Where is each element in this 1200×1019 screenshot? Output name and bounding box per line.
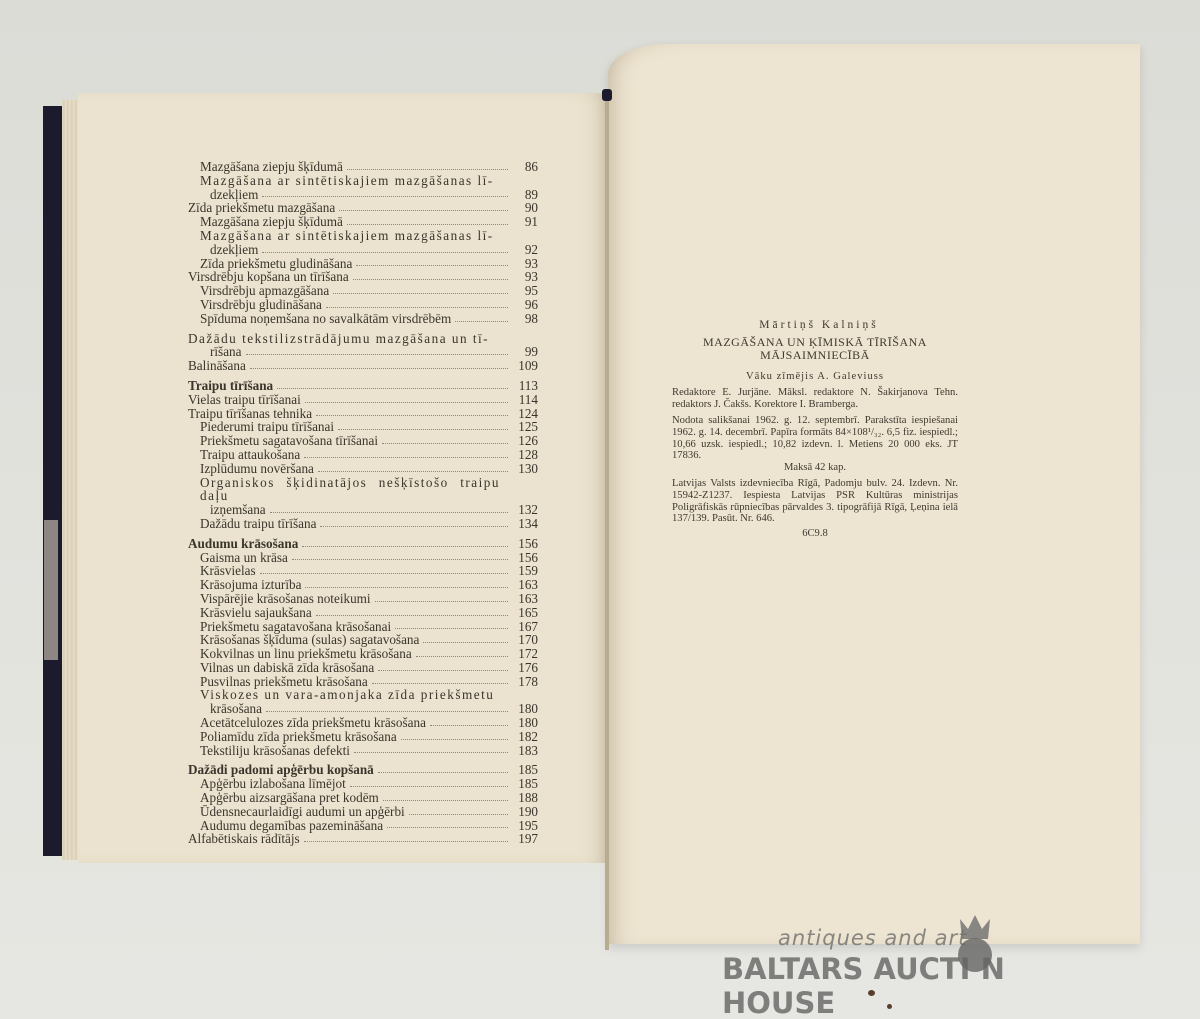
dot-leader	[262, 196, 508, 197]
toc-entry-title: Poliamīdu zīda priekšmetu krāsošana	[200, 730, 401, 744]
toc-entry: dzekļiem92	[188, 243, 538, 257]
toc-entry: Traipu tīrīšana113	[188, 379, 538, 393]
cover-artist: Vāku zīmējis A. Galeviuss	[672, 371, 958, 383]
dot-leader	[302, 546, 508, 547]
toc-entry: Priekšmetu sagatavošana tīrīšanai126	[188, 434, 538, 448]
dot-leader	[338, 429, 508, 430]
toc-entry: Virsdrēbju gludināšana96	[188, 298, 538, 312]
toc-entry-title: Traipu tīrīšanas tehnika	[188, 407, 316, 421]
dot-leader	[350, 786, 508, 787]
dot-leader	[401, 739, 508, 740]
dot-leader	[383, 800, 508, 801]
dot-leader	[270, 512, 508, 513]
toc-entry: Izplūdumu novēršana130	[188, 462, 538, 476]
toc-entry-page: 163	[508, 578, 538, 592]
dot-leader	[326, 307, 508, 308]
dot-leader	[347, 169, 508, 170]
toc-entry-page: 130	[508, 462, 538, 476]
toc-entry-page: 188	[508, 791, 538, 805]
toc-entry-page: 197	[508, 832, 538, 846]
toc-entry-title: Pusvilnas priekšmetu krāsošana	[200, 675, 372, 689]
toc-entry-title: Vilnas un dabiskā zīda krāsošana	[200, 661, 378, 675]
dot-leader	[395, 628, 508, 629]
dot-leader	[305, 587, 508, 588]
toc-entry-page: 95	[508, 284, 538, 298]
toc-entry-page: 190	[508, 805, 538, 819]
toc-entry: Kokvilnas un linu priekšmetu krāsošana17…	[188, 647, 538, 661]
toc-entry-title: Krāsvielu sajaukšana	[200, 606, 316, 620]
toc-entry: Mazgāšana ar sintētiskajiem mazgāšanas l…	[188, 229, 538, 243]
editors: Redaktore E. Jurjāne. Māksl. redaktore N…	[672, 387, 958, 410]
toc-entry-page: 93	[508, 270, 538, 284]
toc-entry: Acetātcelulozes zīda priekšmetu krāsošan…	[188, 716, 538, 730]
toc-entry: Priekšmetu sagatavošana krāsošanai167	[188, 620, 538, 634]
toc-entry-page: 89	[508, 188, 538, 202]
toc-entry-title: Virsdrēbju apmazgāšana	[200, 284, 333, 298]
toc-entry-title: Krāsojuma izturība	[200, 578, 305, 592]
dot-leader	[260, 573, 508, 574]
dot-leader	[409, 814, 508, 815]
toc-entry-title: Acetātcelulozes zīda priekšmetu krāsošan…	[200, 716, 430, 730]
dot-leader	[305, 402, 508, 403]
toc-entry-title: Audumu degamības pazemināšana	[200, 819, 387, 833]
toc-entry-title: Mazgāšana ar sintētiskajiem mazgāšanas l…	[200, 229, 504, 243]
toc-entry-page: 92	[508, 243, 538, 257]
watermark-tagline: antiques and art	[778, 926, 967, 950]
toc-entry-page: 86	[508, 160, 538, 174]
toc-entry-title: Zīda priekšmetu gludināšana	[200, 257, 356, 271]
dot-leader	[316, 415, 508, 416]
toc-entry: dzekļiem89	[188, 188, 538, 202]
toc-entry: Spīduma noņemšana no savalkātām virsdrēb…	[188, 312, 538, 326]
toc-entry-page: 98	[508, 312, 538, 326]
dot-leader	[250, 368, 508, 369]
dot-leader	[318, 471, 508, 472]
toc-entry: Mazgāšana ziepju šķīdumā86	[188, 160, 538, 174]
toc-entry: Krāsošanas šķīduma (sulas) sagatavošana1…	[188, 633, 538, 647]
toc-entry-page: 126	[508, 434, 538, 448]
toc-entry: Virsdrēbju kopšana un tīrīšana93	[188, 270, 538, 284]
toc-entry: Balināšana109	[188, 359, 538, 373]
dot-leader	[430, 725, 508, 726]
toc-entry-title: Audumu krāsošana	[188, 537, 302, 551]
toc-entry: Krāsvielu sajaukšana165	[188, 606, 538, 620]
toc-entry-page: 125	[508, 420, 538, 434]
toc-entry: Mazgāšana ar sintētiskajiem mazgāšanas l…	[188, 174, 538, 188]
dot-leader	[353, 279, 508, 280]
toc-entry-title: Dažādu tekstilizstrādājumu mazgāšana un …	[188, 332, 504, 346]
toc-entry-page: 124	[508, 407, 538, 421]
toc-entry-title: dzekļiem	[210, 188, 262, 202]
toc-entry-title: Apģērbu aizsargāšana pret kodēm	[200, 791, 383, 805]
toc-entry-title: Izplūdumu novēršana	[200, 462, 318, 476]
toc-entry-page: 185	[508, 777, 538, 791]
toc-entry-page: 114	[508, 393, 538, 407]
toc-entry-title: Kokvilnas un linu priekšmetu krāsošana	[200, 647, 416, 661]
watermark-name: BALTARS AUCTI N HOUSE	[722, 952, 1122, 1019]
price: Maksā 42 kap.	[672, 462, 958, 474]
toc-entry: Audumu krāsošana156	[188, 537, 538, 551]
toc-entry: Zīda priekšmetu mazgāšana90	[188, 201, 538, 215]
author-name: Mārtiņš Kalniņš	[680, 320, 958, 332]
toc-entry-page: 163	[508, 592, 538, 606]
toc-entry: Apģērbu aizsargāšana pret kodēm188	[188, 791, 538, 805]
toc-entry-title: Traipu attaukošana	[200, 448, 304, 462]
toc-entry-page: 109	[508, 359, 538, 373]
toc-entry-page: 132	[508, 503, 538, 517]
book-title-line2: MĀJSAIMNIECĪBĀ	[672, 349, 958, 362]
toc-entry-title: Krāsvielas	[200, 564, 260, 578]
dot-leader	[378, 772, 508, 773]
toc-entry-title: Krāsošanas šķīduma (sulas) sagatavošana	[200, 633, 423, 647]
toc-entry: Audumu degamības pazemināšana195	[188, 819, 538, 833]
classification-code: 6C9.8	[672, 528, 958, 540]
toc-entry-page: 113	[508, 379, 538, 393]
toc-entry-title: Ūdensnecaurlaidīgi audumi un apģērbi	[200, 805, 409, 819]
toc-entry-page: 180	[508, 716, 538, 730]
toc-entry-page: 134	[508, 517, 538, 531]
toc-entry-page: 176	[508, 661, 538, 675]
toc-entry: rīšana99	[188, 345, 538, 359]
toc-entry: Vielas traipu tīrīšanai114	[188, 393, 538, 407]
dot-leader	[304, 457, 508, 458]
toc-entry: Traipu attaukošana128	[188, 448, 538, 462]
toc-entry: Traipu tīrīšanas tehnika124	[188, 407, 538, 421]
dot-leader	[372, 683, 508, 684]
toc-entry-title: Mazgāšana ziepju šķīdumā	[200, 215, 347, 229]
toc-entry: Dažādi padomi apģērbu kopšanā185	[188, 763, 538, 777]
book-gutter	[605, 90, 609, 950]
dot-leader	[356, 265, 508, 266]
toc-entry-title: Vielas traipu tīrīšanai	[188, 393, 305, 407]
dot-leader	[387, 827, 508, 828]
dot-leader	[378, 670, 508, 671]
toc-entry: Alfabētiskais rādītājs197	[188, 832, 538, 846]
colophon: Mārtiņš Kalniņš MAZGĀŠANA UN ĶĪMISKĀ TĪR…	[672, 320, 958, 539]
toc-entry-page: 99	[508, 345, 538, 359]
toc-entry-title: krāsošana	[210, 702, 266, 716]
toc-entry: Piederumi traipu tīrīšanai125	[188, 420, 538, 434]
toc-entry-title: Priekšmetu sagatavošana krāsošanai	[200, 620, 395, 634]
dot-leader	[304, 841, 508, 842]
dot-leader	[347, 224, 508, 225]
toc-entry: Apģērbu izlabošana līmējot185	[188, 777, 538, 791]
toc-entry-page: 185	[508, 763, 538, 777]
toc-entry-page: 128	[508, 448, 538, 462]
dot-leader	[277, 388, 508, 389]
toc-entry: Krāsojuma izturība163	[188, 578, 538, 592]
toc-entry: Virsdrēbju apmazgāšana95	[188, 284, 538, 298]
dot-leader	[382, 443, 508, 444]
toc-entry-page: 93	[508, 257, 538, 271]
crown-icon	[958, 912, 992, 978]
toc-entry-page: 91	[508, 215, 538, 229]
dot-leader	[316, 615, 508, 616]
toc-entry: Dažādu tekstilizstrādājumu mazgāšana un …	[188, 332, 538, 346]
toc-entry: Ūdensnecaurlaidīgi audumi un apģērbi190	[188, 805, 538, 819]
dot-leader	[292, 559, 508, 560]
toc-entry-title: Zīda priekšmetu mazgāšana	[188, 201, 339, 215]
watermark-logo: antiques and art BALTARS AUCTI N HOUSE	[722, 920, 1122, 990]
toc-entry-title: Virsdrēbju kopšana un tīrīšana	[188, 270, 353, 284]
toc-entry-page: 170	[508, 633, 538, 647]
book-title-line1: MAZGĀŠANA UN ĶĪMISKĀ TĪRĪŠANA	[672, 336, 958, 349]
toc-entry: Organiskos šķidinatājos nešķīstošo traip…	[188, 476, 538, 504]
toc-entry-title: Dažādu traipu tīrīšana	[200, 517, 320, 531]
toc-entry-page: 182	[508, 730, 538, 744]
table-of-contents: Mazgāšana ziepju šķīdumā86Mazgāšana ar s…	[188, 160, 538, 846]
toc-entry-page: 96	[508, 298, 538, 312]
toc-entry-title: Balināšana	[188, 359, 250, 373]
toc-entry-title: Dažādi padomi apģērbu kopšanā	[188, 763, 378, 777]
toc-entry: Zīda priekšmetu gludināšana93	[188, 257, 538, 271]
toc-entry: Viskozes un vara-amonjaka zīda priekšmet…	[188, 688, 538, 702]
toc-entry-page: 159	[508, 564, 538, 578]
toc-entry: Poliamīdu zīda priekšmetu krāsošana182	[188, 730, 538, 744]
dot-leader	[246, 354, 509, 355]
toc-entry-title: rīšana	[210, 345, 246, 359]
toc-entry: Mazgāšana ziepju šķīdumā91	[188, 215, 538, 229]
toc-entry: Vispārējie krāsošanas noteikumi163	[188, 592, 538, 606]
toc-entry: Krāsvielas159	[188, 564, 538, 578]
dot-leader	[339, 210, 508, 211]
toc-entry: izņemšana132	[188, 503, 538, 517]
toc-entry-title: Mazgāšana ziepju šķīdumā	[200, 160, 347, 174]
toc-entry-page: 167	[508, 620, 538, 634]
toc-entry: Vilnas un dabiskā zīda krāsošana176	[188, 661, 538, 675]
dot-leader	[333, 293, 508, 294]
toc-entry: Dažādu traipu tīrīšana134	[188, 517, 538, 531]
dot-leader	[354, 752, 508, 753]
publisher-info: Latvijas Valsts izdevniecība Rīgā, Padom…	[672, 478, 958, 524]
dot-leader	[416, 656, 508, 657]
toc-entry-title: Gaisma un krāsa	[200, 551, 292, 565]
toc-entry-title: Organiskos šķidinatājos nešķīstošo traip…	[200, 476, 504, 504]
dot-leader	[423, 642, 508, 643]
toc-entry-title: Piederumi traipu tīrīšanai	[200, 420, 338, 434]
toc-entry-title: Apģērbu izlabošana līmējot	[200, 777, 350, 791]
toc-entry-title: izņemšana	[210, 503, 270, 517]
toc-entry-title: Tekstiliju krāsošanas defekti	[200, 744, 354, 758]
cover-wear-patch	[44, 520, 58, 660]
toc-entry-page: 90	[508, 201, 538, 215]
toc-entry-title: Alfabētiskais rādītājs	[188, 832, 304, 846]
toc-entry-page: 156	[508, 551, 538, 565]
toc-entry-title: Priekšmetu sagatavošana tīrīšanai	[200, 434, 382, 448]
dot-leader	[455, 321, 508, 322]
print-info: Nodota salikšanai 1962. g. 12. septembrī…	[672, 415, 958, 461]
toc-entry-title: Viskozes un vara-amonjaka zīda priekšmet…	[200, 688, 504, 702]
toc-entry: Gaisma un krāsa156	[188, 551, 538, 565]
headband	[602, 89, 612, 101]
toc-entry-page: 172	[508, 647, 538, 661]
toc-entry-page: 178	[508, 675, 538, 689]
toc-entry-title: Mazgāšana ar sintētiskajiem mazgāšanas l…	[200, 174, 504, 188]
toc-entry-page: 183	[508, 744, 538, 758]
toc-entry-title: Vispārējie krāsošanas noteikumi	[200, 592, 375, 606]
toc-entry: Tekstiliju krāsošanas defekti183	[188, 744, 538, 758]
dot-leader	[320, 526, 508, 527]
toc-entry-title: dzekļiem	[210, 243, 262, 257]
toc-entry-page: 195	[508, 819, 538, 833]
toc-entry-page: 165	[508, 606, 538, 620]
dot-leader	[375, 601, 508, 602]
dot-leader	[266, 711, 508, 712]
toc-entry: krāsošana180	[188, 702, 538, 716]
toc-entry-title: Virsdrēbju gludināšana	[200, 298, 326, 312]
toc-entry-page: 156	[508, 537, 538, 551]
toc-entry-title: Spīduma noņemšana no savalkātām virsdrēb…	[200, 312, 455, 326]
toc-entry-title: Traipu tīrīšana	[188, 379, 277, 393]
toc-entry-page: 180	[508, 702, 538, 716]
dot-leader	[262, 252, 508, 253]
toc-entry: Pusvilnas priekšmetu krāsošana178	[188, 675, 538, 689]
